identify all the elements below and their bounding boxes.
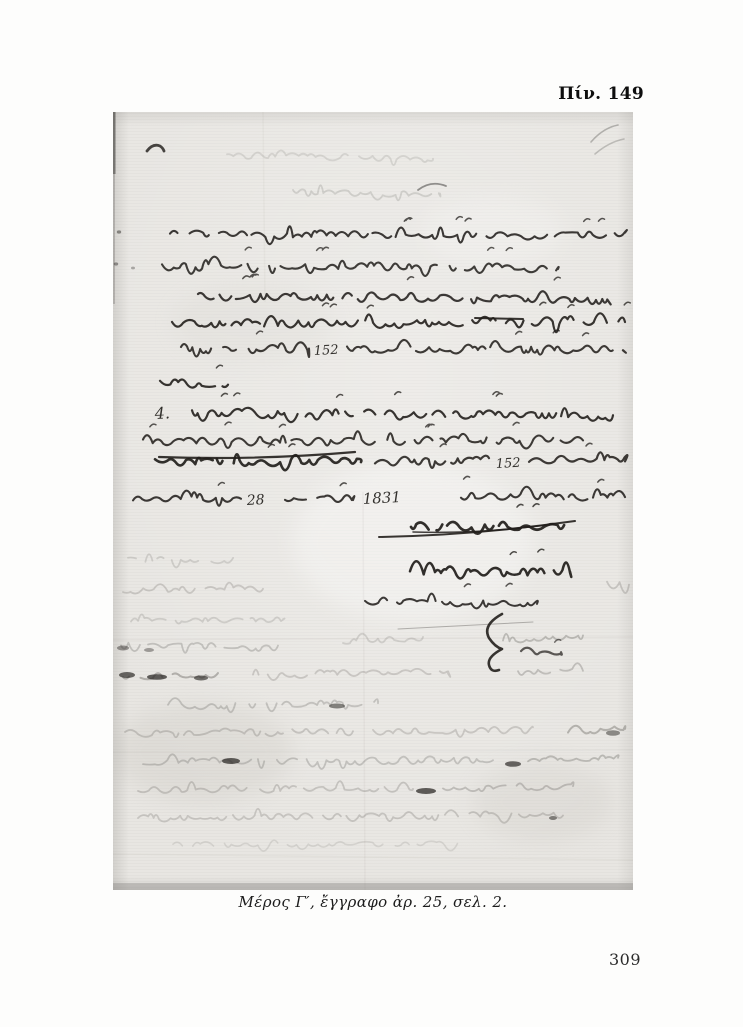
plate-label: Πίν. 149 (558, 84, 644, 104)
manuscript-scan-figure: 4.152152281831 (113, 112, 633, 890)
svg-text:1831: 1831 (362, 488, 401, 508)
svg-text:4.: 4. (153, 403, 170, 423)
svg-text:28: 28 (245, 492, 265, 509)
figure-caption: Μέρος Γ′, ἔγγραφο ἀρ. 25, σελ. 2. (113, 893, 633, 911)
underline-stroke (475, 318, 523, 319)
svg-text:152: 152 (313, 343, 339, 359)
book-page: Πίν. 149 4.152152281831 Μέρος Γ′, ἔγγραφ… (0, 0, 743, 1027)
page-number: 309 (609, 950, 641, 969)
svg-text:152: 152 (495, 456, 521, 472)
manuscript-image: 4.152152281831 (113, 112, 633, 890)
